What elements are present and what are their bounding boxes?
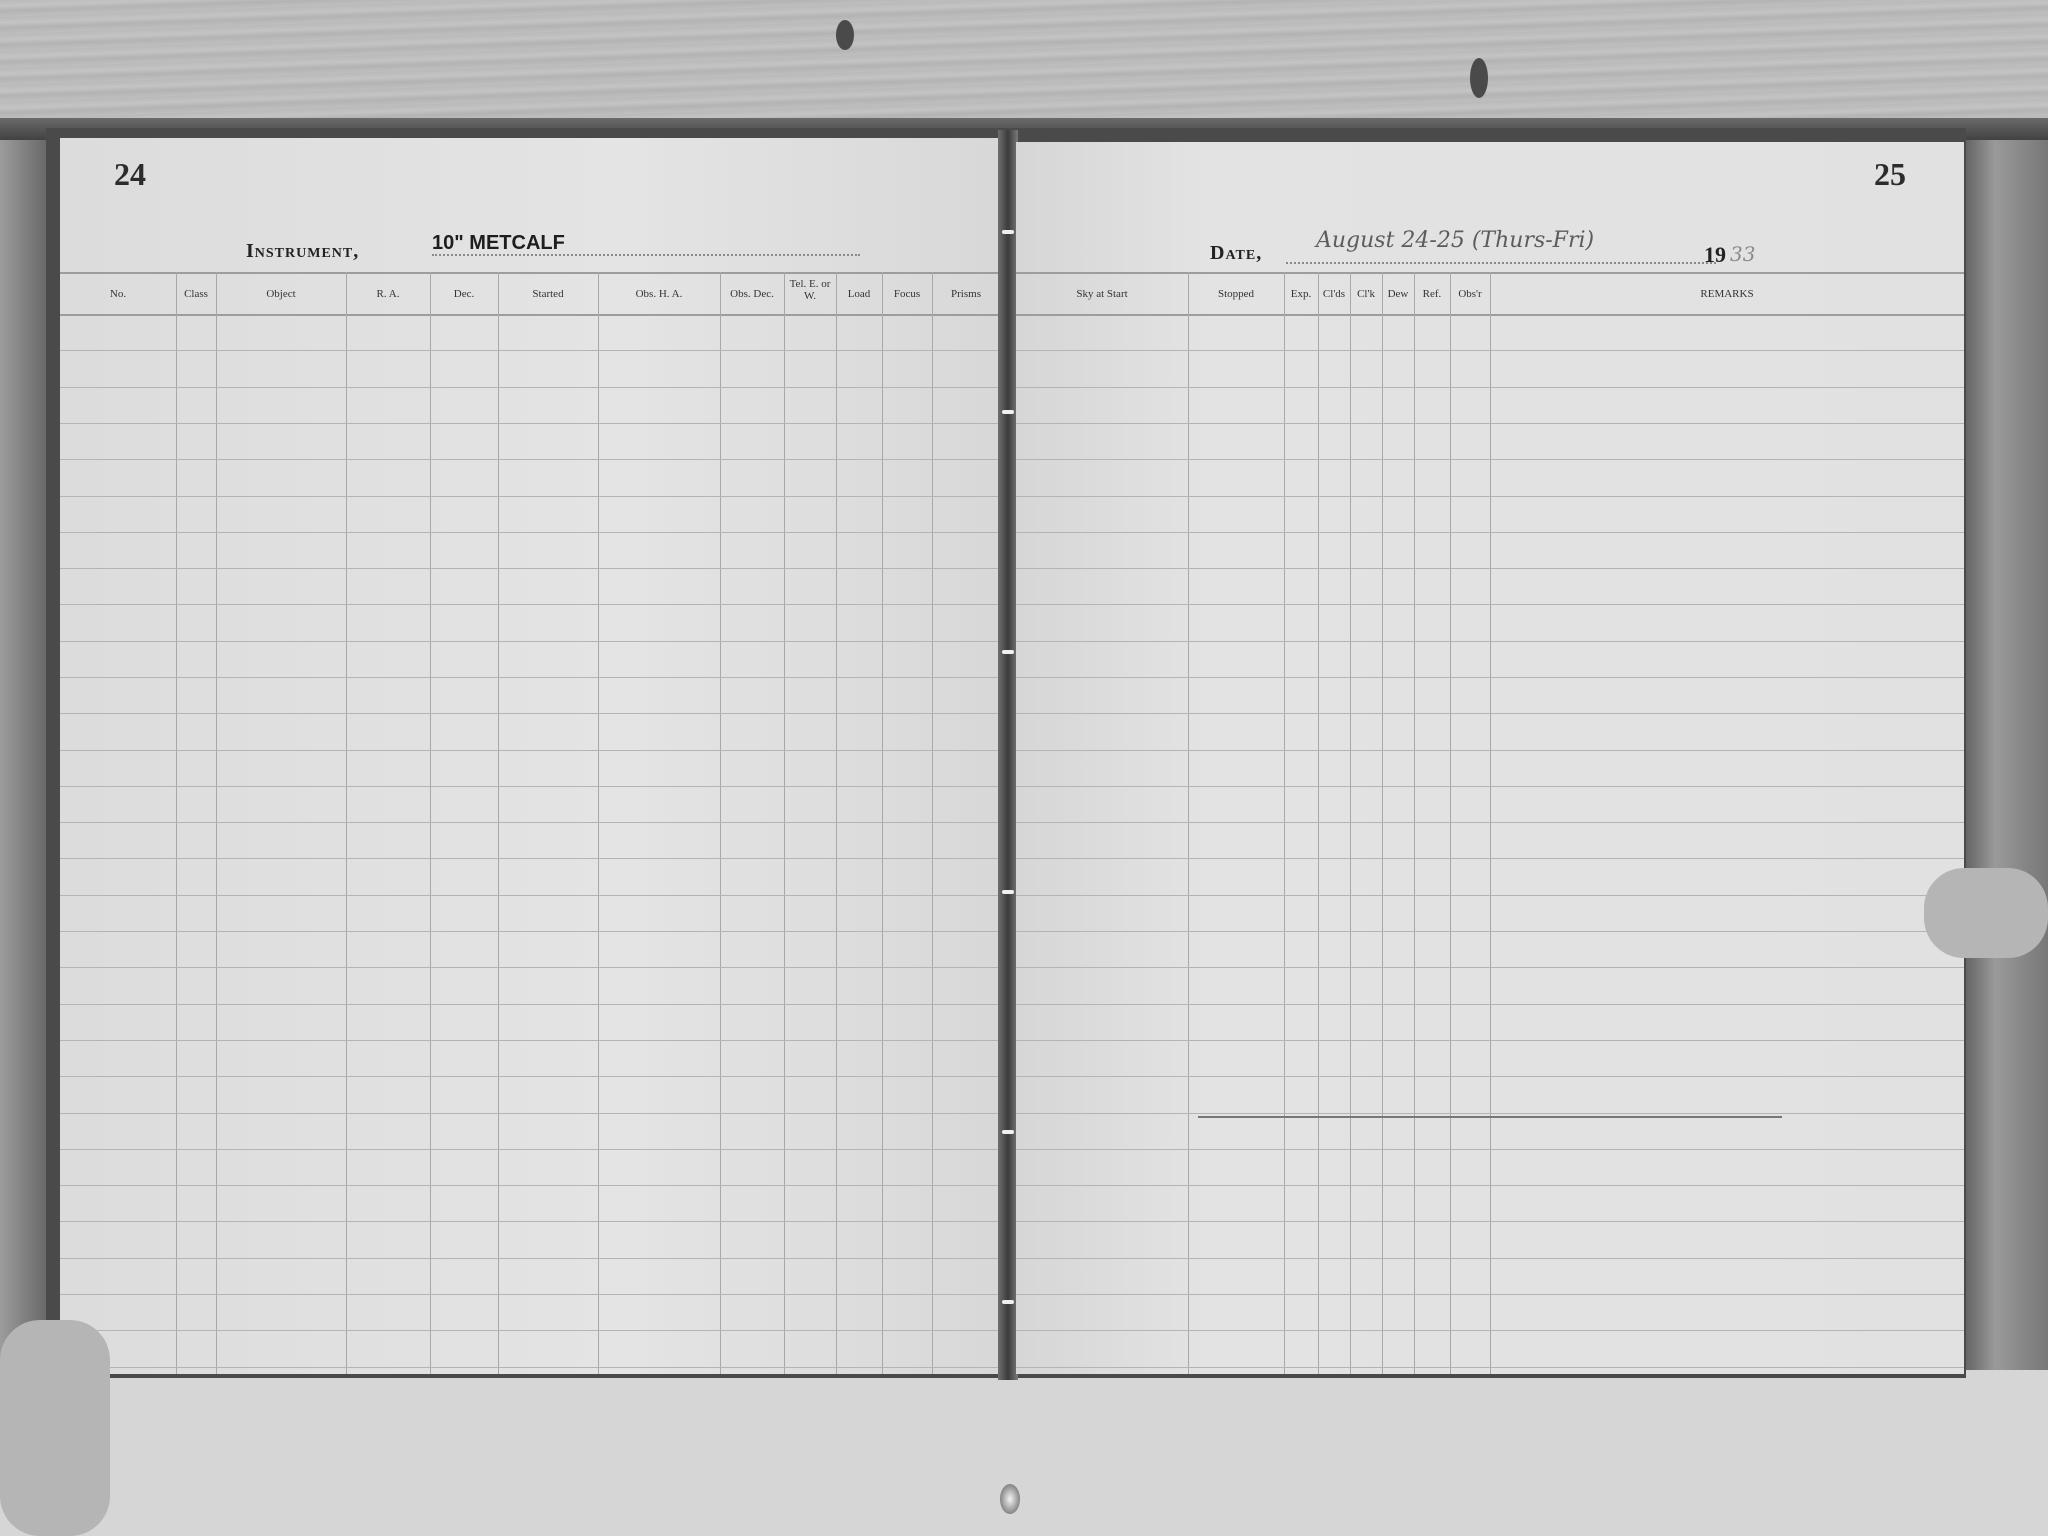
- column-rule: [498, 272, 499, 1374]
- ruled-line: [1016, 568, 1964, 569]
- column-header: Cl'ds: [1318, 288, 1350, 300]
- wood-knot: [1470, 58, 1488, 98]
- ruled-line: [1016, 713, 1964, 714]
- column-header: No.: [60, 288, 176, 300]
- ruled-line: [1016, 895, 1964, 896]
- ruled-line: [1016, 1149, 1964, 1150]
- column-header: Dew: [1382, 288, 1414, 300]
- ruled-line: [1016, 459, 1964, 460]
- column-header: Dec.: [430, 288, 498, 300]
- column-header: R. A.: [346, 288, 430, 300]
- ruled-line: [60, 1185, 1000, 1186]
- column-header: Object: [216, 288, 346, 300]
- ruled-line: [1016, 350, 1964, 351]
- column-rule: [1450, 272, 1451, 1374]
- ruled-line: [1016, 1221, 1964, 1222]
- ruled-line: [60, 895, 1000, 896]
- ruled-line: [60, 822, 1000, 823]
- ruled-line: [1016, 387, 1964, 388]
- ruled-line: [60, 1294, 1000, 1295]
- ruled-line: [1016, 423, 1964, 424]
- ruled-line: [60, 387, 1000, 388]
- ruled-line: [1016, 1185, 1964, 1186]
- ruled-line: [1016, 967, 1964, 968]
- stitch: [1002, 410, 1014, 414]
- date-value: August 24-25 (Thurs-Fri): [1316, 228, 1594, 253]
- ruled-line: [60, 967, 1000, 968]
- column-header: Obs'r: [1450, 288, 1490, 300]
- ruled-line: [60, 786, 1000, 787]
- ruled-line: [60, 677, 1000, 678]
- ruled-line: [1016, 1113, 1964, 1114]
- column-header: Started: [498, 288, 598, 300]
- table-surface: [0, 1370, 2048, 1536]
- ruled-line: [60, 750, 1000, 751]
- date-line: [1286, 262, 1716, 264]
- page-number-right: 25: [1874, 156, 1906, 193]
- date-label: Date,: [1210, 242, 1262, 265]
- column-rule: [176, 272, 177, 1374]
- ruled-line: [60, 1040, 1000, 1041]
- thumb-left: [0, 1320, 110, 1536]
- header-bottom-rule: [60, 314, 1000, 316]
- ruled-line: [1016, 1040, 1964, 1041]
- ruled-line: [60, 641, 1000, 642]
- column-rule: [932, 272, 933, 1374]
- ruled-line: [60, 423, 1000, 424]
- ruled-line: [1016, 750, 1964, 751]
- book-spine: [998, 130, 1018, 1380]
- ruled-line: [60, 1149, 1000, 1150]
- ruled-line: [1016, 532, 1964, 533]
- column-header: REMARKS: [1490, 288, 1964, 300]
- column-rule: [784, 272, 785, 1374]
- column-rule: [598, 272, 599, 1374]
- column-rule: [216, 272, 217, 1374]
- ruled-line: [60, 496, 1000, 497]
- column-header: Obs. Dec.: [720, 288, 784, 300]
- ruled-line: [60, 1076, 1000, 1077]
- stitch: [1002, 890, 1014, 894]
- ruled-line: [60, 1330, 1000, 1331]
- ruled-line: [1016, 1330, 1964, 1331]
- wood-knot: [836, 20, 854, 50]
- heading-underline: [1198, 1116, 1782, 1118]
- column-rule: [1318, 272, 1319, 1374]
- instrument-value: 10" METCALF: [432, 232, 565, 255]
- ruled-line: [60, 459, 1000, 460]
- instrument-line: [432, 254, 860, 256]
- ruled-line: [60, 532, 1000, 533]
- column-header: Cl'k: [1350, 288, 1382, 300]
- ruled-line: [1016, 858, 1964, 859]
- ruled-line: [1016, 1258, 1964, 1259]
- column-rule: [1382, 272, 1383, 1374]
- ruled-line: [1016, 677, 1964, 678]
- column-rule: [430, 272, 431, 1374]
- column-rule: [1284, 272, 1285, 1374]
- column-header: Sky at Start: [1016, 288, 1188, 300]
- column-header: Tel. E. or W.: [784, 278, 836, 302]
- column-rule: [1188, 272, 1189, 1374]
- right-surface: [1960, 140, 2048, 1536]
- ruled-line: [1016, 1367, 1964, 1368]
- ruled-line: [60, 350, 1000, 351]
- ruled-line: [1016, 822, 1964, 823]
- ruled-line: [1016, 496, 1964, 497]
- page-number-left: 24: [114, 156, 146, 193]
- thumb-right: [1924, 868, 2048, 958]
- stitch: [1002, 1300, 1014, 1304]
- column-rule: [1350, 272, 1351, 1374]
- column-rule: [346, 272, 347, 1374]
- column-header: Focus: [882, 288, 932, 300]
- ruled-line: [60, 1221, 1000, 1222]
- ruled-line: [60, 1258, 1000, 1259]
- ruled-line: [60, 604, 1000, 605]
- year-printed: 19: [1704, 242, 1726, 268]
- ruled-line: [1016, 1004, 1964, 1005]
- column-rule: [720, 272, 721, 1374]
- ruled-line: [1016, 1076, 1964, 1077]
- column-header: Obs. H. A.: [598, 288, 720, 300]
- ruled-line: [60, 1367, 1000, 1368]
- instrument-label: Instrument,: [246, 240, 359, 263]
- ruled-line: [60, 1113, 1000, 1114]
- left-page: 24 Instrument, 10" METCALF No.ClassObjec…: [60, 138, 1000, 1374]
- column-header: Exp.: [1284, 288, 1318, 300]
- column-header: Ref.: [1414, 288, 1450, 300]
- stitch: [1002, 1130, 1014, 1134]
- lamp-fixture: [1000, 1484, 1020, 1514]
- stitch: [1002, 650, 1014, 654]
- column-rule: [882, 272, 883, 1374]
- ruled-line: [1016, 1294, 1964, 1295]
- column-header: Load: [836, 288, 882, 300]
- ruled-line: [1016, 641, 1964, 642]
- ruled-line: [1016, 786, 1964, 787]
- header-top-rule: [60, 272, 1000, 274]
- right-page: 25 Date, August 24-25 (Thurs-Fri) 19 33 …: [1016, 142, 1964, 1374]
- ruled-line: [60, 713, 1000, 714]
- ruled-line: [60, 1004, 1000, 1005]
- column-header: Stopped: [1188, 288, 1284, 300]
- ruled-line: [60, 858, 1000, 859]
- ruled-line: [1016, 931, 1964, 932]
- column-rule: [1490, 272, 1491, 1374]
- column-header: Prisms: [932, 288, 1000, 300]
- year-handwritten: 33: [1730, 242, 1755, 266]
- stitch: [1002, 230, 1014, 234]
- column-header: Class: [176, 288, 216, 300]
- ruled-line: [60, 568, 1000, 569]
- ruled-line: [1016, 604, 1964, 605]
- column-rule: [1414, 272, 1415, 1374]
- ruled-line: [60, 931, 1000, 932]
- column-rule: [836, 272, 837, 1374]
